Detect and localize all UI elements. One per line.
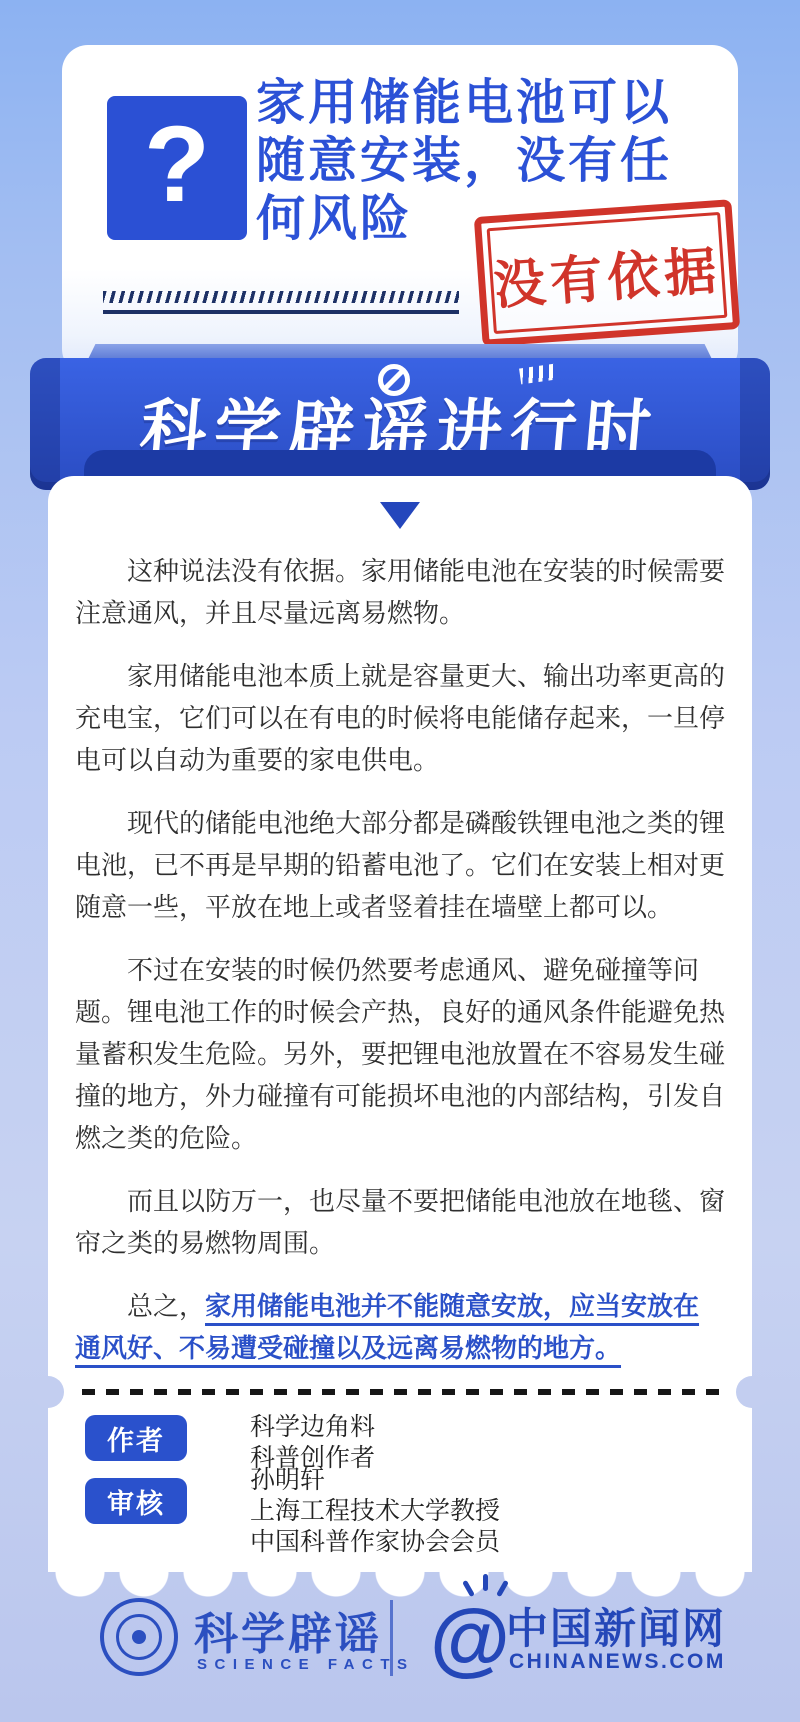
question-mark-glyph: ? bbox=[144, 110, 210, 218]
article-paragraph: 这种说法没有依据。家用储能电池在安装的时候需要 注意通风，并且尽量远离易燃物。 bbox=[75, 550, 727, 634]
hatch-decoration bbox=[103, 291, 459, 303]
question-mark-icon: ? bbox=[107, 96, 247, 240]
chinanews-logo-subtitle: CHINANEWS.COM bbox=[509, 1650, 726, 1674]
conclusion-intro: 总之， bbox=[127, 1291, 205, 1321]
reviewer-info: 孙明轩 上海工程技术大学教授 中国科普作家协会会员 bbox=[250, 1465, 500, 1558]
article-paragraph: 不过在安装的时候仍然要考虑通风、避免碰撞等问 题。锂电池工作的时候会产热，良好的… bbox=[75, 949, 727, 1159]
article-paragraph: 现代的储能电池绝大部分都是磷酸铁锂电池之类的锂 电池，已不再是早期的铅蓄电池了。… bbox=[75, 802, 727, 928]
chinanews-at-icon: @ bbox=[430, 1598, 502, 1680]
poster-canvas: ? 家用储能电池可以 随意安装，没有任 何风险 没有依据 科学辟谣进行时 这种说… bbox=[0, 0, 800, 1722]
logo-center-dot bbox=[132, 1630, 146, 1644]
science-facts-logo-name: 科学辟谣 bbox=[194, 1598, 382, 1662]
stamp-inner-border: 没有依据 bbox=[487, 212, 728, 334]
left-edge-notch bbox=[32, 1376, 64, 1408]
no-basis-stamp: 没有依据 bbox=[474, 199, 740, 347]
logo-divider bbox=[390, 1600, 393, 1676]
conclusion-paragraph: 总之，家用储能电池并不能随意安放，应当安放在 通风好、不易遭受碰撞以及远离易燃物… bbox=[75, 1285, 727, 1369]
author-badge: 作者 bbox=[85, 1415, 187, 1461]
sparkle-ray-icon bbox=[483, 1574, 488, 1591]
article-body: 这种说法没有依据。家用储能电池在安装的时候需要 注意通风，并且尽量远离易燃物。 … bbox=[75, 550, 727, 1390]
prohibition-icon bbox=[378, 364, 410, 396]
chinanews-logo-name: 中国新闻网 bbox=[506, 1596, 726, 1656]
right-edge-notch bbox=[736, 1376, 768, 1408]
stamp-label: 没有依据 bbox=[491, 228, 724, 319]
science-facts-logo-subtitle: SCIENCE FACTS bbox=[197, 1656, 415, 1673]
article-paragraph: 而且以防万一，也尽量不要把储能电池放在地毯、窗 帘之类的易燃物周围。 bbox=[75, 1180, 727, 1264]
underline-rule bbox=[103, 310, 459, 314]
down-triangle-icon bbox=[380, 502, 420, 529]
dashed-separator bbox=[82, 1389, 722, 1395]
science-facts-logo-icon bbox=[100, 1598, 178, 1676]
reviewer-badge: 审核 bbox=[85, 1478, 187, 1524]
article-paragraph: 家用储能电池本质上就是容量更大、输出功率更高的 充电宝，它们可以在有电的时候将电… bbox=[75, 655, 727, 781]
